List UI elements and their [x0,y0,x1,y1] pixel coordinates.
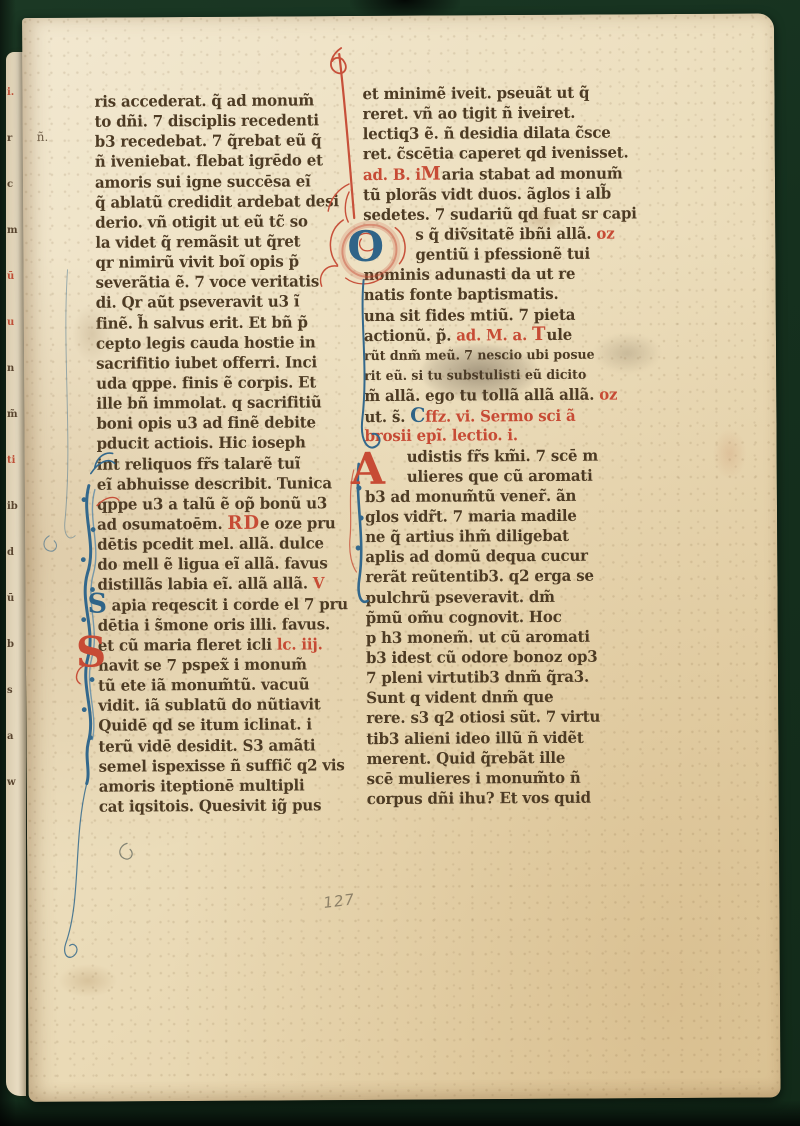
manuscript-text-segment: finẽ. h̃ salvus erit. Et bñ p̃ [96,312,308,332]
manuscript-text-segment: 7 pleni virtutib3 dnm̃ q̃ra3. [366,667,589,687]
manuscript-text-segment: RD [227,512,260,534]
manuscript-line: rerãt reũtentib3. q2 erga se [365,565,645,588]
manuscript-text-segment: amoris sui igne succēsa eĩ [95,171,311,191]
right-margin-stain [713,428,747,480]
manuscript-line: cepto legis cauda hostie in [96,331,358,354]
manuscript-line: apia reqescit i corde el 7 pru [98,593,360,616]
manuscript-text-segment: uda qppe. finis ẽ corpis. Et [96,373,316,393]
previous-folio-text-fragment: ū [7,594,26,604]
manuscript-text-segment: reret. vñ ao tigit ñ iveiret. [363,103,576,123]
manuscript-text-segment: m̃ allã. ego tu tollã allã allã. [364,385,599,405]
manuscript-line: tũ plorãs vidt duos. ãglos i alb̃ [363,183,643,206]
manuscript-text-segment: Quidē qd se itum iclinat. i [98,715,312,735]
manuscript-text-segment: apia reqescit i corde el 7 pru [112,594,349,614]
manuscript-text-segment: natis fonte baptismatis. [364,285,559,305]
manuscript-line: ad. B. iMaria stabat ad monum̃ [363,162,643,185]
manuscript-text-segment: p h3 monem̃. ut cũ aromati [366,627,590,647]
manuscript-text-segment: ris accederat. q̃ ad monum̃ [94,91,314,111]
manuscript-text-segment: dētis pcedit mel. allã. dulce [97,534,324,554]
manuscript-line: rere. s3 q2 otiosi sũt. 7 virtu [366,706,646,729]
manuscript-line: finẽ. h̃ salvus erit. Et bñ p̃ [96,311,358,334]
manuscript-text-segment: cat iqsitois. Quesivit ig̃ pus [99,796,322,816]
manuscript-line: rit eũ. si tu substulisti eũ dicito [364,364,644,387]
manuscript-text-segment: di. Qr aũt pseveravit u3 ĩ [96,292,300,312]
manuscript-text-segment: ulieres que cũ aromati [407,466,593,486]
manuscript-text-segment: do mell ẽ ligua eĩ allã. favus [97,554,327,574]
manuscript-line: actionũ. p̃. ad. M. a. Tule [364,323,644,346]
manuscript-text-segment: ret. c̃scētia caperet qd ivenisset. [363,143,629,163]
manuscript-text-segment: qppe u3 a talũ ẽ op̃ bonũ u3 [97,494,327,514]
manuscript-text-segment: tũ ete iã monum̃tũ. vacuũ [98,675,309,695]
manuscript-text-segment: ut. s̃. [364,408,410,427]
manuscript-text-segment: udistis fr̃s km̃i. 7 scē m [407,446,598,466]
manuscript-line: tib3 alieni ideo illũ ñ vidẽt [366,726,646,749]
manuscript-text-segment: T [532,323,547,345]
manuscript-line: cat iqsitois. Quesivit ig̃ pus [99,794,361,817]
manuscript-text-segment: boni opis u3 ad finẽ debite [96,413,315,433]
manuscript-line: p h3 monem̃. ut cũ aromati [366,626,646,649]
manuscript-text-segment: p̃mũ om̃u cognovit. Hoc [366,607,562,627]
manuscript-text-segment: qr nimirũ vivit boĩ opis p̃ [95,252,298,272]
manuscript-line: b3 idest cũ odore bonoz op3 [366,646,646,669]
manuscript-text-segment: M [421,163,442,185]
margin-initial-s-blue: S [87,590,107,617]
manuscript-line: s q̃ diṽsitatẽ ibñi allã. oz [363,223,643,246]
manuscript-text-segment: actionũ. p̃. [364,326,456,345]
pencil-folio-number: 127 [322,890,356,912]
manuscript-line: derio. vñ otigit ut eũ tc̃ so [95,210,357,233]
manuscript-line: pducit actiois. Hic ioseph [97,432,359,455]
manuscript-text-segment: brosii epĩ. lectio. i. [365,426,518,446]
manuscript-line: natis fonte baptismatis. [364,283,644,306]
manuscript-text-segment: terũ vidē desidit. S3 amãti [98,735,315,755]
bottom-left-stain [58,963,118,997]
text-column-left: ris accederat. q̃ ad monum̃to dñi. 7 dis… [94,90,360,817]
manuscript-text-segment: et minimẽ iveit. pseuãt ut q̃ [362,83,589,103]
illuminated-initial-a: A [351,448,385,492]
manuscript-line: amoris sui igne succēsa eĩ [95,170,357,193]
manuscript-text-segment: severãtia ẽ. 7 voce veritatis [96,272,320,292]
margin-note: ñ. [37,130,49,144]
manuscript-text-segment: navit se 7 pspex̃ i monum̃ [98,655,307,675]
previous-folio-text-fragment: b [7,640,26,650]
manuscript-text-segment: glos vidr̃t. 7 maria madile [365,506,577,526]
manuscript-line: b3 ad monum̃tũ vener̃. ãn [365,485,645,508]
manuscript-line: q̃ ablatũ credidit ardebat desi [95,190,357,213]
manuscript-line: uda qppe. finis ẽ corpis. Et [96,372,358,395]
manuscript-text-segment: C [410,404,425,427]
manuscript-text-segment: tib3 alieni ideo illũ ñ vidẽt [366,728,583,748]
manuscript-text-segment: distillãs labia eĩ. allã allã. [97,574,313,594]
previous-folio-text-fragment: w [7,778,26,788]
manuscript-line: rũt dnm̃ meũ. 7 nescio ubi posue [364,344,644,367]
manuscript-text-segment: aplis ad domũ dequa cucur [365,546,588,566]
manuscript-line: sedetes. 7 sudariũ qd fuat sr capi [363,203,643,226]
manuscript-text-segment: lc. iij. [277,635,323,654]
manuscript-text-segment: ille bñ immolat. q sacrifitiũ [96,393,321,413]
manuscript-line: brosii epĩ. lectio. i. [364,424,644,447]
manuscript-text-segment: e oze pru [260,514,336,533]
manuscript-text-segment: q̃ ablatũ credidit ardebat desi [95,191,339,211]
manuscript-text-segment: et cũ maria fleret icli [98,635,277,655]
manuscript-text-segment: rere. s3 q2 otiosi sũt. 7 virtu [366,707,600,727]
manuscript-text-segment: ñ iveniebat. flebat igrēdo et [95,151,323,171]
manuscript-line: ad osumatoēm. RDe oze pru [97,513,359,536]
manuscript-line: ris accederat. q̃ ad monum̃ [94,90,356,113]
manuscript-text-segment: derio. vñ otigit ut eũ tc̃ so [95,212,308,232]
manuscript-text-segment: rit eũ. si tu substulisti eũ dicito [364,366,586,383]
manuscript-line: scē mulieres i monum̃to ñ [367,767,647,790]
manuscript-text-segment: semel ispexisse ñ suffic̃ q2 vis [99,755,345,775]
manuscript-text-segment: ad osumatoēm. [97,514,227,534]
manuscript-line: navit se 7 pspex̃ i monum̃ [98,653,360,676]
illuminated-initial-o: O [347,226,384,268]
manuscript-line: ulieres que cũ aromati [365,464,645,487]
previous-folio-text-fragment: a [7,732,26,742]
manuscript-line: una sit fides mtiũ. 7 pieta [364,303,644,326]
manuscript-text-segment: Sunt q vident dnm̃ que [366,688,553,708]
manuscript-text-segment: to dñi. 7 disciplis recedenti [95,111,319,131]
manuscript-line: semel ispexisse ñ suffic̃ q2 vis [99,754,361,777]
photograph-background: i.rcmūunm̃tiibdūbsaw [0,0,800,1126]
manuscript-text-segment: rerãt reũtentib3. q2 erga se [365,567,593,587]
margin-initial-s-red: S [76,631,107,673]
manuscript-text-segment: eĩ abhuisse describit. Tunica [97,473,332,493]
manuscript-text-segment: ad. B. i [363,165,421,184]
manuscript-line: di. Qr aũt pseveravit u3 ĩ [96,291,358,314]
manuscript-text-segment: vidit. iã sublatũ do nũtiavit [98,695,320,715]
previous-folio-text-fragment: ti [7,456,26,466]
manuscript-line: dētia i s̃mone oris illi. favus. [98,613,360,636]
manuscript-text-segment: scē mulieres i monum̃to ñ [367,768,581,788]
manuscript-text-segment: tũ plorãs vidt duos. ãglos i alb̃ [363,184,611,204]
manuscript-text-segment: merent. Quid q̃rebãt ille [366,748,565,768]
manuscript-text-segment: b3 idest cũ odore bonoz op3 [366,647,598,667]
manuscript-text-segment: sacrifitio iubet offerri. Inci [96,353,317,373]
manuscript-text-segment: gentiũ i pfessionẽ tui [415,244,590,264]
manuscript-text-segment: rũt dnm̃ meũ. 7 nescio ubi posue [364,346,595,363]
manuscript-text-segment: b3 ad monum̃tũ vener̃. ãn [365,486,576,506]
manuscript-line: terũ vidē desidit. S3 amãti [98,734,360,757]
manuscript-text-segment: oz [596,224,614,243]
manuscript-text-segment: pulchrũ pseveravit. dm̃ [365,587,554,607]
manuscript-text-segment: ule [546,325,572,344]
manuscript-line: Quidē qd se itum iclinat. i [98,714,360,737]
manuscript-text-segment: ffz. vi. Sermo sci ã [425,407,575,427]
manuscript-line: glos vidr̃t. 7 maria madile [365,505,645,528]
manuscript-text-segment: la videt q̃ remãsit ut q̃ret [95,232,300,252]
binding-shadow-bottom [0,1100,800,1126]
previous-folio-text-fragment: ib [7,502,26,512]
manuscript-text-segment: sedetes. 7 sudariũ qd fuat sr capi [363,204,637,224]
manuscript-line: corpus dñi ihu? Et vos quid [367,787,647,810]
manuscript-line: pulchrũ pseveravit. dm̃ [365,585,645,608]
manuscript-text-segment: ne q̃ artius ihm̃ diligebat [365,526,569,546]
manuscript-text-segment: pducit actiois. Hic ioseph [97,433,306,453]
manuscript-text-segment: int reliquos fr̃s talarẽ tuĩ [97,453,301,473]
manuscript-text-segment: corpus dñi ihu? Et vos quid [367,788,591,808]
manuscript-text-segment: amoris iteptionē multipli [99,776,305,796]
manuscript-text-segment: cepto legis cauda hostie in [96,333,316,353]
manuscript-text-segment: lectiq3 ẽ. ñ desidia dilata c̃sce [363,123,611,143]
manuscript-text-segment: ad. M. a. [456,325,532,344]
manuscript-line: ret. c̃scētia caperet qd ivenisset. [363,142,643,165]
previous-folio-text-fragment: m̃ [7,410,26,420]
manuscript-text-segment: nominis adunasti da ut re [364,265,576,285]
manuscript-text-segment: oz [599,385,617,404]
manuscript-text-segment: dētia i s̃mone oris illi. favus. [98,614,330,634]
manuscript-line: udistis fr̃s km̃i. 7 scē m [365,444,645,467]
manuscript-line: sacrifitio iubet offerri. Inci [96,351,358,374]
manuscript-line: et cũ maria fleret icli lc. iij. [98,633,360,656]
manuscript-line: distillãs labia eĩ. allã allã. V [97,573,359,596]
manuscript-line: amoris iteptionē multipli [99,774,361,797]
manuscript-line: merent. Quid q̃rebãt ille [366,746,646,769]
manuscript-text-segment: aria stabat ad monum̃ [442,164,623,184]
manuscript-line: int reliquos fr̃s talarẽ tuĩ [97,452,359,475]
manuscript-text-segment: b3 recedebat. 7 q̃rebat eũ q̃ [95,131,322,151]
manuscript-line: eĩ abhuisse describit. Tunica [97,472,359,495]
previous-folio-text-fragment: s [7,686,26,696]
manuscript-text-segment: V [313,574,325,593]
text-column-right: et minimẽ iveit. pseuãt ut q̃reret. vñ a… [362,82,646,809]
manuscript-text-segment: s q̃ diṽsitatẽ ibñi allã. [415,224,596,244]
manuscript-line: p̃mũ om̃u cognovit. Hoc [366,605,646,628]
previous-folio-text-fragment: d [7,548,26,558]
manuscript-text-segment: una sit fides mtiũ. 7 pieta [364,305,576,325]
manuscript-page: ris accederat. q̃ ad monum̃to dñi. 7 dis… [22,13,781,1102]
manuscript-line: ñ iveniebat. flebat igrēdo et [95,150,357,173]
manuscript-line: la videt q̃ remãsit ut q̃ret [95,231,357,254]
